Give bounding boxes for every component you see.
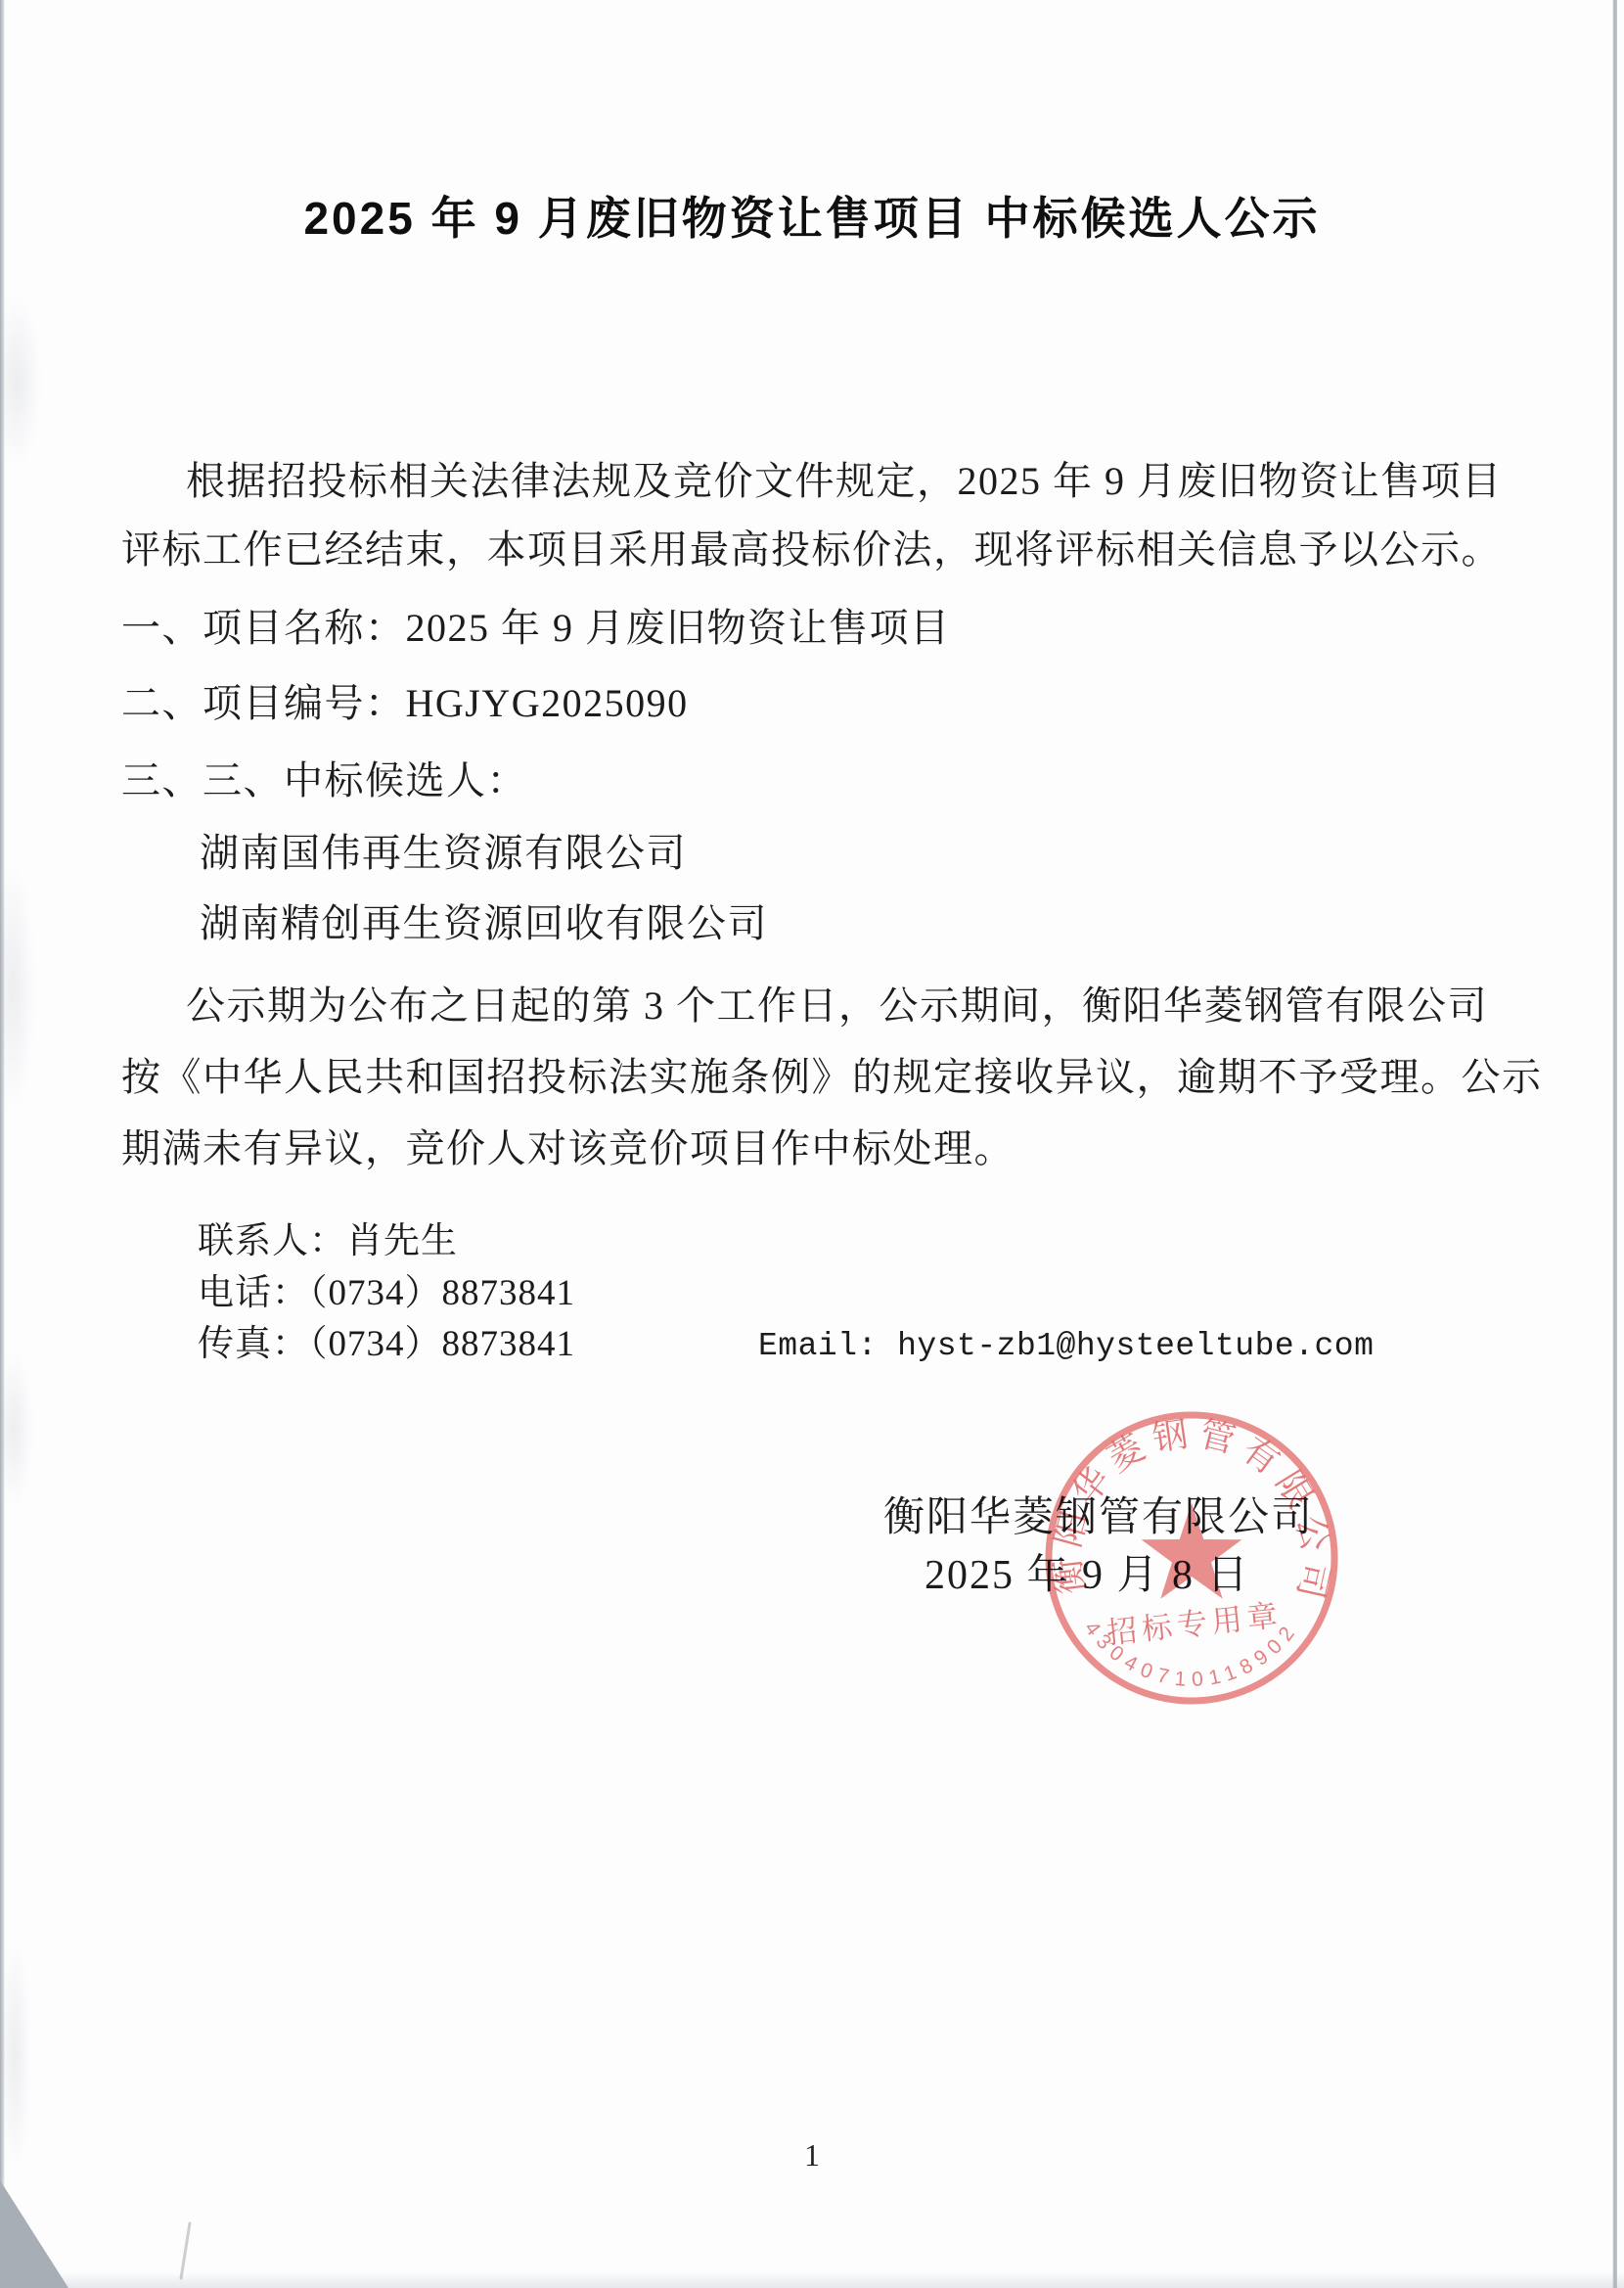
paragraph2-line1: 公示期为公布之日起的第 3 个工作日，公示期间，衡阳华菱钢管有限公司 xyxy=(186,984,1488,1028)
candidate-1: 湖南国伟再生资源有限公司 xyxy=(200,832,687,875)
scan-smudge xyxy=(0,861,35,1116)
contact-phone: 电话：（0734）8873841 xyxy=(198,1274,575,1314)
scan-bottom-shadow xyxy=(59,2272,1624,2288)
contact-fax: 传真：（0734）8873841 xyxy=(198,1325,575,1365)
paragraph2-line2: 按《中华人民共和国招投标法实施条例》的规定接收异议，逾期不予受理。公示 xyxy=(121,1056,1543,1099)
contact-person: 联系人：肖先生 xyxy=(198,1222,458,1262)
document-page: 2025 年 9 月废旧物资让售项目 中标候选人公示 根据招投标相关法律法规及竞… xyxy=(0,0,1624,2288)
item-project-name: 一、项目名称：2025 年 9 月废旧物资让售项目 xyxy=(121,607,951,650)
document-title: 2025 年 9 月废旧物资让售项目 中标候选人公示 xyxy=(0,194,1624,244)
scan-smudge xyxy=(0,294,41,470)
official-seal: 衡阳华菱钢管有限公司 招标专用章 43040710118902 xyxy=(1033,1399,1350,1716)
contact-email: Email: hyst-zb1@hysteeltube.com xyxy=(758,1329,1374,1364)
page-number: 1 xyxy=(0,2137,1624,2174)
item-candidates-heading: 三、三、中标候选人： xyxy=(121,759,527,802)
seal-bottom-label: 招标专用章 xyxy=(1105,1598,1285,1651)
seal-star-icon xyxy=(1142,1503,1242,1599)
paragraph2-line3: 期满未有异议，竞价人对该竞价项目作中标处理。 xyxy=(121,1127,1015,1170)
scan-crease-mark xyxy=(179,2221,191,2280)
scan-smudge xyxy=(0,1350,33,1507)
item-project-number: 二、项目编号：HGJYG2025090 xyxy=(121,682,689,725)
scan-edge-right xyxy=(1612,0,1617,2288)
candidate-2: 湖南精创再生资源回收有限公司 xyxy=(200,902,768,945)
scan-edge-left xyxy=(0,0,5,2288)
paragraph1-line1: 根据招投标相关法律法规及竞价文件规定，2025 年 9 月废旧物资让售项目 xyxy=(186,460,1503,503)
paragraph1-line2: 评标工作已经结束，本项目采用最高投标价法，现将评标相关信息予以公示。 xyxy=(121,528,1502,572)
